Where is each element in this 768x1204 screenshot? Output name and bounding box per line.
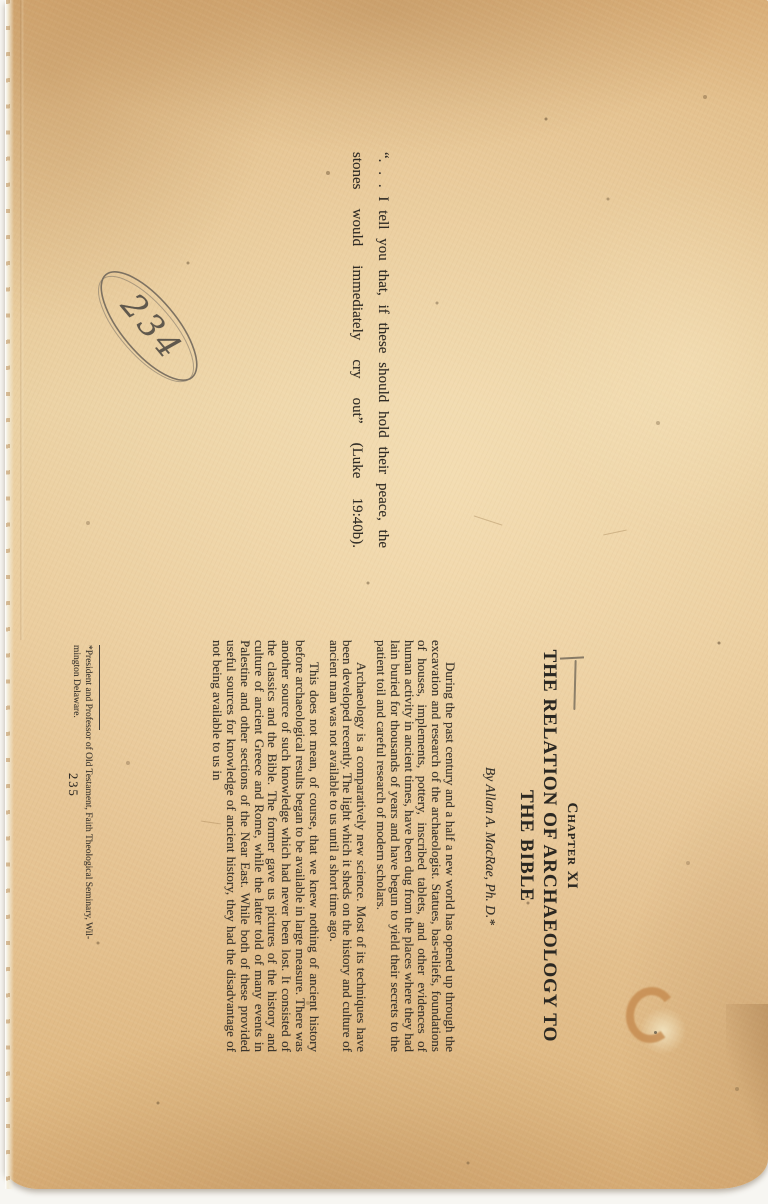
paragraph-1: During the past century and a half a new…: [374, 640, 457, 1052]
page-number: 235: [65, 773, 80, 798]
right-page: Chapter XI THE RELATION OF ARCHAEOLOGY T…: [0, 600, 768, 1204]
body-text: During the past century and a half a new…: [204, 640, 457, 1052]
handwritten-page-number: 234: [88, 250, 210, 402]
chapter-label: Chapter XI: [563, 640, 580, 1052]
rotated-page-content: “. . . I tell you that, if these should …: [0, 0, 768, 1204]
left-page: “. . . I tell you that, if these should …: [0, 0, 768, 600]
footnote-line2: mington Delaware.: [70, 645, 82, 1055]
footnote: *President and Professor of Old Testamen…: [70, 645, 93, 1055]
footnote-rule: [99, 645, 100, 730]
scanned-book-spread: “. . . I tell you that, if these should …: [0, 0, 768, 1204]
byline: By Allan A. MacRae, Ph. D.*: [482, 640, 498, 1052]
epigraph-quote: “. . . I tell you that, if these should …: [344, 152, 396, 548]
paragraph-3: This does not mean, of course, that we k…: [210, 640, 320, 1052]
footnote-line1: *President and Professor of Old Testamen…: [82, 645, 94, 1055]
page-title-line2: THE BIBLE: [515, 640, 537, 1052]
paragraph-2: Archaeology is a comparatively new scien…: [327, 640, 368, 1052]
quote-line: stones would immediately cry out” (Luke …: [344, 152, 370, 548]
quote-line: “. . . I tell you that, if these should …: [370, 152, 396, 548]
page-title-line1: THE RELATION OF ARCHAEOLOGY TO: [538, 628, 560, 1064]
